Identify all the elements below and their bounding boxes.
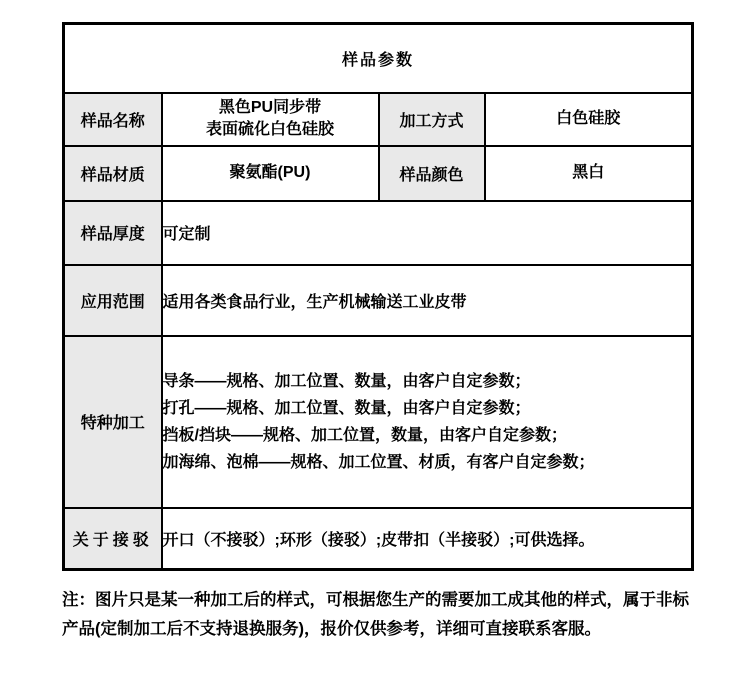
label-sample-color: 样品颜色	[379, 146, 485, 201]
label-sample-material: 样品材质	[64, 146, 162, 201]
value-sample-name-line2: 表面硫化白色硅胶	[163, 119, 378, 141]
special-processing-line-guides: 导条——规格、加工位置、数量，由客户自定参数；	[163, 368, 692, 395]
table-row-application: 应用范围 适用各类食品行业，生产机械输送工业皮带	[64, 265, 693, 336]
value-special-processing: 导条——规格、加工位置、数量，由客户自定参数； 打孔——规格、加工位置、数量，由…	[162, 336, 693, 508]
value-processing-method: 白色硅胶	[485, 93, 693, 146]
label-application-scope: 应用范围	[64, 265, 162, 336]
title-row: 样品参数	[64, 24, 693, 93]
value-application-scope: 适用各类食品行业，生产机械输送工业皮带	[162, 265, 693, 336]
footnote-line2: 产品(定制加工后不支持退换服务)，报价仅供参考，详细可直接联系客服。	[62, 615, 722, 644]
table-row-thickness: 样品厚度 可定制	[64, 201, 693, 265]
label-processing-method: 加工方式	[379, 93, 485, 146]
table-row-special-processing: 特种加工 导条——规格、加工位置、数量，由客户自定参数； 打孔——规格、加工位置…	[64, 336, 693, 508]
value-sample-name-line1: 黑色PU同步带	[163, 97, 378, 119]
footnote-line1: 注：图片只是某一种加工后的样式，可根据您生产的需要加工成其他的样式，属于非标	[62, 586, 722, 615]
sample-parameters-table: 样品参数 样品名称 黑色PU同步带 表面硫化白色硅胶 加工方式 白色硅胶 样品材…	[62, 22, 694, 571]
value-sample-name: 黑色PU同步带 表面硫化白色硅胶	[162, 93, 379, 146]
footnote: 注：图片只是某一种加工后的样式，可根据您生产的需要加工成其他的样式，属于非标 产…	[62, 586, 722, 644]
label-special-processing: 特种加工	[64, 336, 162, 508]
table-row-joining: 关于接驳 开口（不接驳）;环形（接驳）;皮带扣（半接驳）;可供选择。	[64, 508, 693, 570]
table-row-sample-name: 样品名称 黑色PU同步带 表面硫化白色硅胶 加工方式 白色硅胶	[64, 93, 693, 146]
special-processing-line-baffles: 挡板/挡块——规格、加工位置，数量，由客户自定参数；	[163, 422, 692, 449]
label-about-joining: 关于接驳	[64, 508, 162, 570]
value-sample-material: 聚氨酯(PU)	[162, 146, 379, 201]
label-sample-thickness: 样品厚度	[64, 201, 162, 265]
special-processing-line-sponge: 加海绵、泡棉——规格、加工位置、材质，有客户自定参数；	[163, 449, 692, 476]
label-sample-name: 样品名称	[64, 93, 162, 146]
page: 样品参数 样品名称 黑色PU同步带 表面硫化白色硅胶 加工方式 白色硅胶 样品材…	[0, 0, 750, 679]
table-row-material: 样品材质 聚氨酯(PU) 样品颜色 黑白	[64, 146, 693, 201]
special-processing-line-punching: 打孔——规格、加工位置、数量，由客户自定参数；	[163, 395, 692, 422]
page-title: 样品参数	[64, 24, 693, 93]
value-sample-color: 黑白	[485, 146, 693, 201]
value-sample-thickness: 可定制	[162, 201, 693, 265]
value-about-joining: 开口（不接驳）;环形（接驳）;皮带扣（半接驳）;可供选择。	[162, 508, 693, 570]
